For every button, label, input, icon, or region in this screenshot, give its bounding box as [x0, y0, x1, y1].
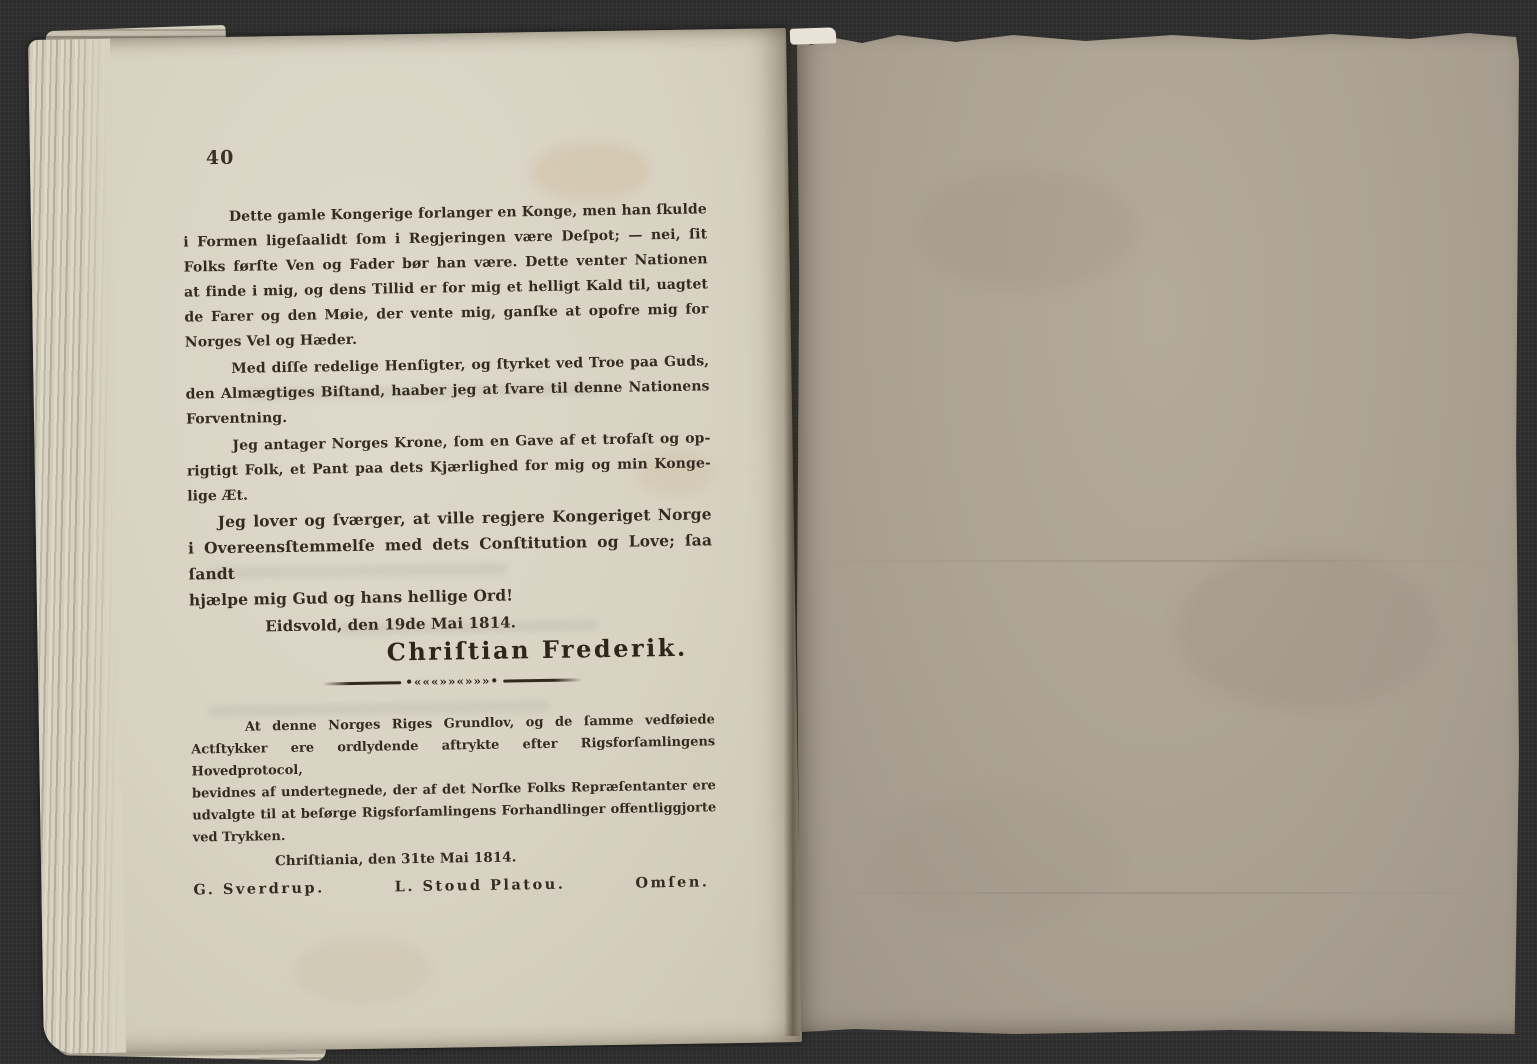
paper-mottling: [877, 790, 1117, 930]
witness-signatures: G. Sverdrup. L. Stoud Platou. Omſen.: [193, 869, 717, 902]
page-number: 40: [206, 147, 235, 169]
divider-rule: •«««»»«»»»•: [322, 673, 582, 689]
book-scan: 40 Dette gamle Kongerige forlanger en Ko…: [0, 0, 1537, 1064]
paper-mottling: [917, 170, 1137, 290]
oath-paragraph: Jeg lover og ſværger, at ville regjere K…: [187, 501, 713, 613]
paper-crease: [797, 892, 1519, 894]
text-block: Dette gamle Kongerige forlanger en Konge…: [183, 197, 718, 902]
witness-signature: G. Sverdrup.: [193, 875, 325, 902]
attestation-paragraph: At denne Norges Riges Grundlov, og de ſa…: [191, 709, 717, 849]
paper-mottling: [1177, 550, 1437, 710]
paper-stain: [530, 140, 651, 202]
witness-signature: L. Stoud Platou.: [395, 872, 566, 900]
paragraph: Jeg antager Norges Krone, ſom en Gave af…: [186, 426, 711, 509]
divider-line-left: [322, 681, 401, 685]
oath-line: i Overeensſtemmelſe med dets Conſtitutio…: [188, 527, 713, 587]
paper-stain: [292, 934, 433, 1006]
gutter-seam: [784, 28, 800, 1036]
paragraph: Dette gamle Kongerige forlanger en Konge…: [183, 197, 709, 355]
witness-signature: Omſen.: [635, 869, 709, 895]
paper-crease: [797, 560, 1519, 562]
right-page-blank: [797, 30, 1519, 1034]
left-page: 40 Dette gamle Kongerige forlanger en Ko…: [28, 28, 802, 1054]
divider-ornament-icon: •«««»»«»»»•: [401, 675, 503, 689]
paragraph: Med diſſe redelige Henſigter, og ſtyrket…: [185, 349, 710, 432]
page-stack-fore-edge: [28, 39, 126, 1054]
divider-line-right: [503, 678, 582, 682]
torn-paper-sliver: [790, 27, 837, 45]
